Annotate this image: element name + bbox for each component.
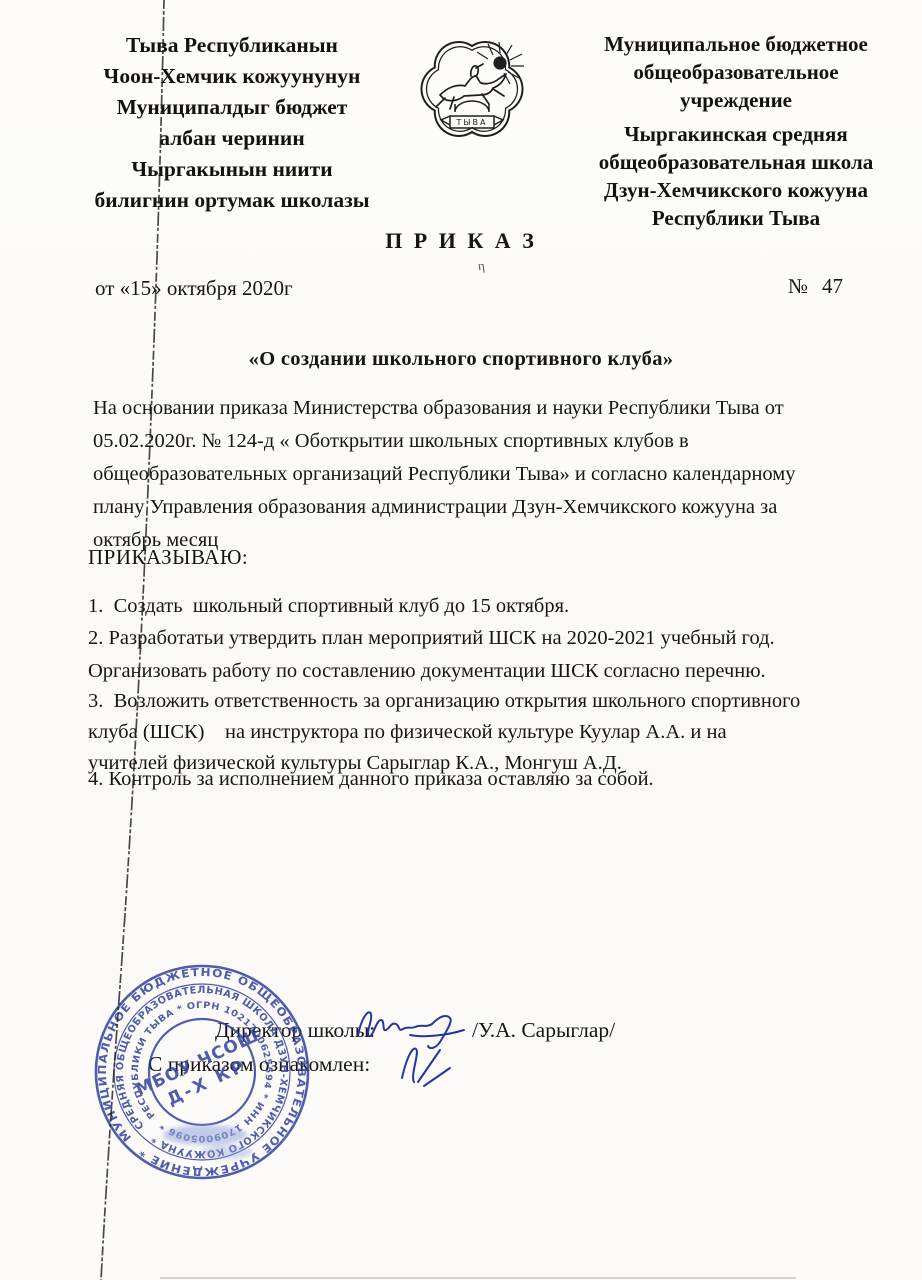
document-title: П Р И К А З (0, 228, 922, 254)
acknowledged-signature-ink (388, 1036, 468, 1105)
order-item-1: 1. Создать школьный спортивный клуб до 1… (88, 590, 900, 623)
header-left-line: албан черинин (64, 123, 400, 154)
header-right-line: учреждение (550, 86, 922, 114)
header-right-line: общеобразовательная школа (550, 148, 922, 176)
school-round-stamp: МУНИЦИПАЛЬНОЕ БЮДЖЕТНОЕ ОБЩЕОБРАЗОВАТЕЛЬ… (87, 957, 317, 1192)
number-value: 47 (822, 274, 843, 298)
header-right-line: общеобразовательное (550, 58, 922, 86)
order-document-page: Тыва Республиканын Чоон-Хемчик кожуунуну… (0, 0, 922, 1280)
scan-artifact-mark: η (477, 258, 485, 275)
header-left-line: Тыва Республиканын (64, 30, 400, 61)
header-left-line: билигнин ортумак школазы (64, 185, 400, 216)
header-left-line: Муниципалдыг бюджет (64, 92, 400, 123)
header-right-line: Чыргакинская средняя (550, 120, 922, 148)
number-sign: № (788, 274, 808, 298)
tuva-emblem-icon: ТЫВА (396, 32, 548, 157)
order-subject: «О создании школьного спортивного клуба» (0, 348, 922, 371)
header-right-line: Муниципальное бюджетное (550, 30, 922, 58)
order-number: №47 (788, 274, 843, 299)
header-right-line: Дзун-Хемчикского кожууна (550, 176, 922, 204)
date-line: от «15» октября 2020г (95, 276, 293, 301)
header-left-line: Чоон-Хемчик кожуунунун (64, 61, 400, 92)
banner-text: ТЫВА (456, 118, 488, 127)
header-left-tuvan: Тыва Республиканын Чоон-Хемчик кожуунуну… (64, 30, 400, 216)
order-item-2: 2. Разработатьи утвердить план мероприят… (88, 622, 900, 688)
preamble-paragraph: На основании приказа Министерства образо… (93, 392, 905, 557)
header-left-line: Чыргакынын ниити (64, 154, 400, 185)
order-verb: ПРИКАЗЫВАЮ: (88, 545, 248, 570)
order-item-4: 4. Контроль за исполнением данного прика… (88, 763, 900, 796)
horseman (436, 64, 506, 109)
scan-bottom-edge (160, 1277, 796, 1279)
header-right-russian: Муниципальное бюджетное общеобразователь… (550, 30, 922, 232)
director-name: /У.А. Сарыглар/ (472, 1018, 615, 1043)
